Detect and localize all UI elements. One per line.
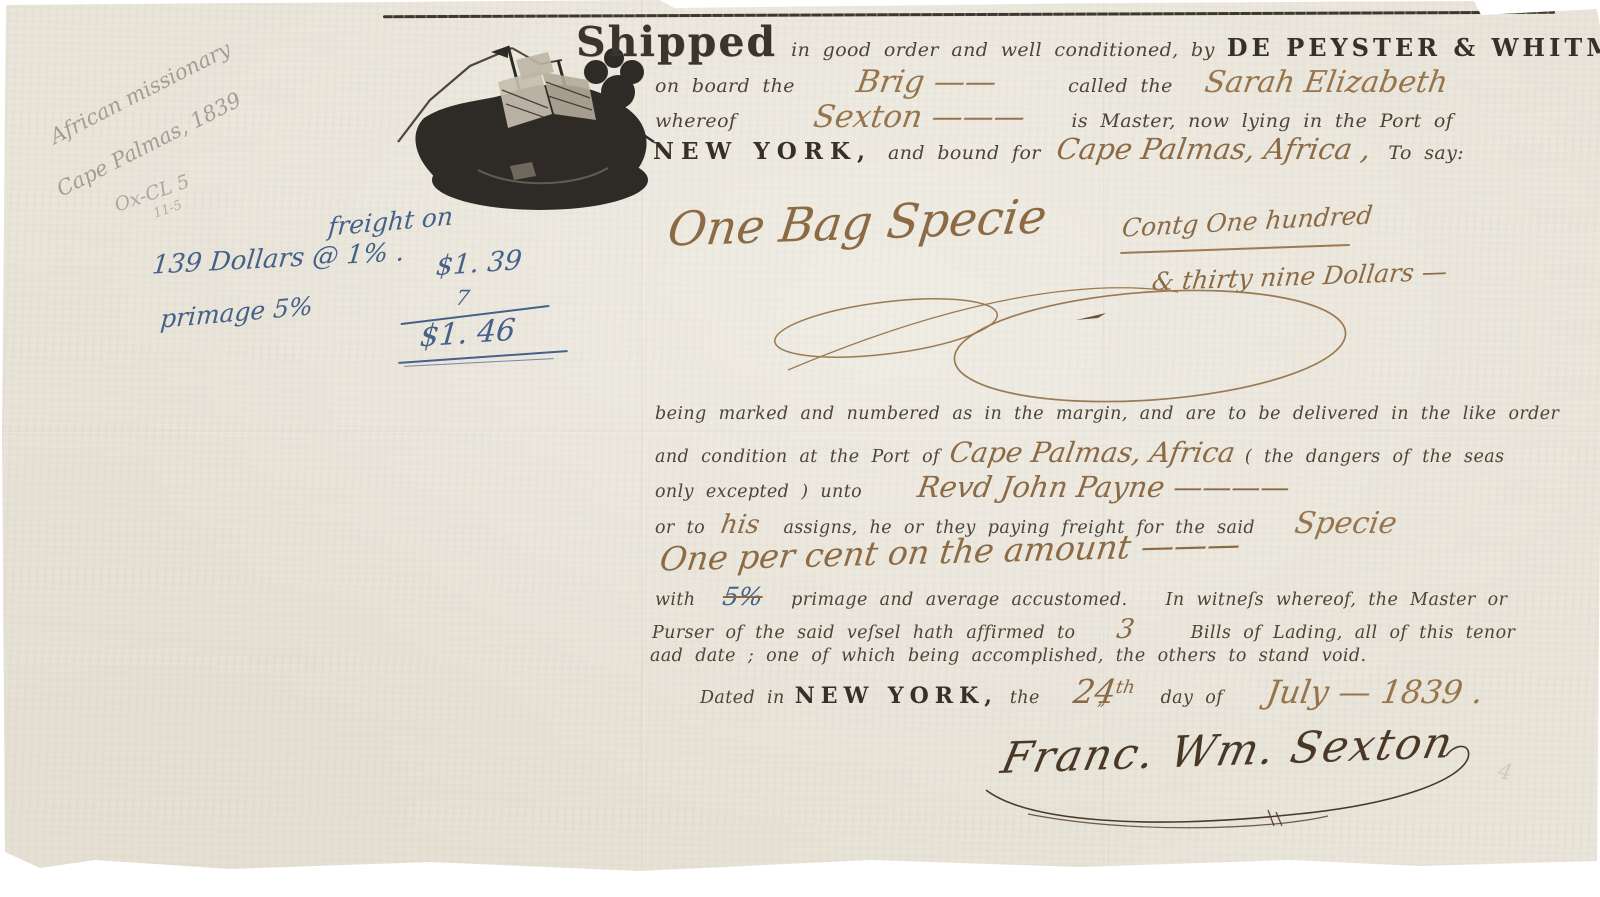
primage-label: primage and average accustomed.	[791, 590, 1127, 610]
or-to-label: or to	[655, 518, 705, 538]
body-line6: with 5% primage and average accustomed. …	[655, 582, 1507, 611]
body-line7: Purser of the said veſsel hath affirmed …	[652, 614, 1515, 645]
delivery-port-entry: Cape Palmas, Africa	[947, 436, 1237, 469]
the-label: the	[1010, 688, 1040, 708]
signature-block: Franc. Wm. Sexton	[968, 718, 1488, 838]
header-line1: Shipped in good order and well condition…	[576, 18, 1600, 66]
contents-underline	[1120, 244, 1350, 254]
port-of-label: and condition at the Port of	[655, 447, 940, 467]
body-line3: only excepted ) unto Revd John Payne ———…	[655, 470, 1290, 504]
bills-count-entry: 3	[1115, 614, 1137, 645]
on-board-label: on board the	[655, 75, 795, 97]
dated-in-label: Dated in	[700, 688, 785, 708]
date-day-entry: 24th „	[1074, 672, 1135, 711]
date-day-number: 24	[1071, 672, 1119, 711]
freight-note-line3: primage 5%	[159, 291, 313, 334]
freight-carry: 7	[454, 286, 471, 310]
vessel-type-entry: Brig ——	[854, 64, 999, 100]
shipped-word: Shipped	[576, 18, 777, 66]
pencil-annotation: African missionary Cape Palmas, 1839	[46, 37, 257, 193]
bound-for-label: and bound for	[888, 142, 1041, 164]
freight-note-line2: 139 Dollars @ 1% .	[151, 237, 406, 280]
document-page: African missionary Cape Palmas, 1839 Ox-…	[0, 0, 1600, 897]
destination-entry: Cape Palmas, Africa ,	[1054, 132, 1373, 166]
freight-goods-entry: Specie	[1292, 506, 1399, 541]
date-month-year-entry: July — 1839 .	[1264, 673, 1486, 711]
signature-flourish	[968, 718, 1488, 838]
header-opening: in good order and well conditioned, by	[791, 39, 1215, 61]
corner-pencil-mark: 4	[1496, 759, 1515, 786]
scan-background: { "colors": { "paper": "#e9e5da", "print…	[0, 0, 1600, 897]
day-of-label: day of	[1161, 688, 1224, 708]
whereof-label: whereof	[655, 110, 736, 132]
bills-label: Bills of Lading, all of this tenor	[1191, 623, 1516, 643]
cargo-description: One Bag Specie	[665, 189, 1050, 257]
void-clause-label: aad date ; one of which being accomplish…	[650, 646, 1366, 666]
header-line2: on board the Brig —— called the Sarah El…	[655, 64, 1447, 100]
firm-name: DE PEYSTER & WHITMARSH,	[1227, 33, 1600, 62]
with-label: with	[655, 590, 695, 610]
vessel-name-entry: Sarah Elizabeth	[1202, 65, 1450, 100]
date-day-suffix: th	[1114, 677, 1136, 698]
called-the-label: called the	[1068, 75, 1173, 97]
dated-city: NEW YORK,	[795, 683, 998, 709]
body-line9: Dated in NEW YORK, the 24th „ day of Jul…	[700, 672, 1483, 711]
header-line4: NEW YORK, and bound for Cape Palmas, Afr…	[653, 132, 1464, 166]
flourish-dash	[1076, 313, 1106, 320]
to-say-label: To say:	[1388, 142, 1464, 164]
pen-flourish	[758, 272, 1348, 412]
pencil-note-line1: African missionary	[46, 37, 234, 149]
port-name: NEW YORK,	[653, 138, 872, 165]
fold-crease-horizontal	[0, 430, 1600, 433]
body-line2: and condition at the Port of Cape Palmas…	[655, 436, 1504, 469]
affirmed-label: Purser of the said veſsel hath affirmed …	[652, 623, 1075, 643]
is-master-label: is Master, now lying in the Port of	[1071, 110, 1453, 132]
freight-total: $1. 46	[419, 313, 517, 355]
unto-label: only excepted ) unto	[655, 482, 862, 502]
consignee-entry: Revd John Payne ————	[915, 470, 1292, 504]
primage-rate-entry: 5%	[721, 582, 765, 611]
in-witness-label: In witneſs whereof, the Master or	[1166, 590, 1508, 610]
cargo-contents-line1: Contg One hundred	[1121, 200, 1374, 242]
freight-note-line1: freight on	[327, 201, 454, 241]
body-line1: being marked and numbered as in the marg…	[655, 404, 1559, 424]
body-line8: aad date ; one of which being accomplish…	[650, 646, 1366, 666]
header-line3: whereof Sexton ——— is Master, now lying …	[655, 99, 1453, 135]
assigns-entry: his	[719, 510, 762, 540]
master-entry: Sexton ———	[811, 99, 1028, 135]
freight-amount: $1. 39	[435, 245, 523, 282]
body-line1-text: being marked and numbered as in the marg…	[655, 404, 1559, 424]
pencil-code: Ox-CL 5 11-5	[112, 170, 198, 232]
dangers-label: ( the dangers of the seas	[1245, 447, 1505, 467]
